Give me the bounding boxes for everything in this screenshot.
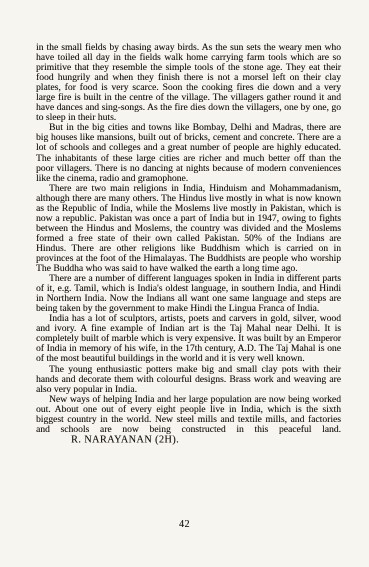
paragraph-potters: The young enthusiastic potters make big …	[36, 365, 341, 395]
text-column: in the small fields by chasing away bird…	[36, 43, 341, 445]
paragraph-closing: New ways of helping India and her large …	[36, 395, 341, 445]
paragraph-languages: There are a number of different language…	[36, 274, 341, 314]
book-page: in the small fields by chasing away bird…	[0, 0, 369, 567]
paragraph-cities: But in the big cities and towns like Bom…	[36, 123, 341, 183]
author-signature: R. NARAYANAN (2H).	[58, 435, 179, 445]
paragraph-art-taj-mahal: India has a lot of sculptors, artists, p…	[36, 314, 341, 364]
paragraph-fields-continuation: in the small fields by chasing away bird…	[36, 43, 341, 123]
paragraph-closing-text: New ways of helping India and her large …	[36, 394, 341, 435]
paragraph-religions: There are two main religions in India, H…	[36, 184, 341, 274]
page-number: 42	[0, 519, 369, 530]
